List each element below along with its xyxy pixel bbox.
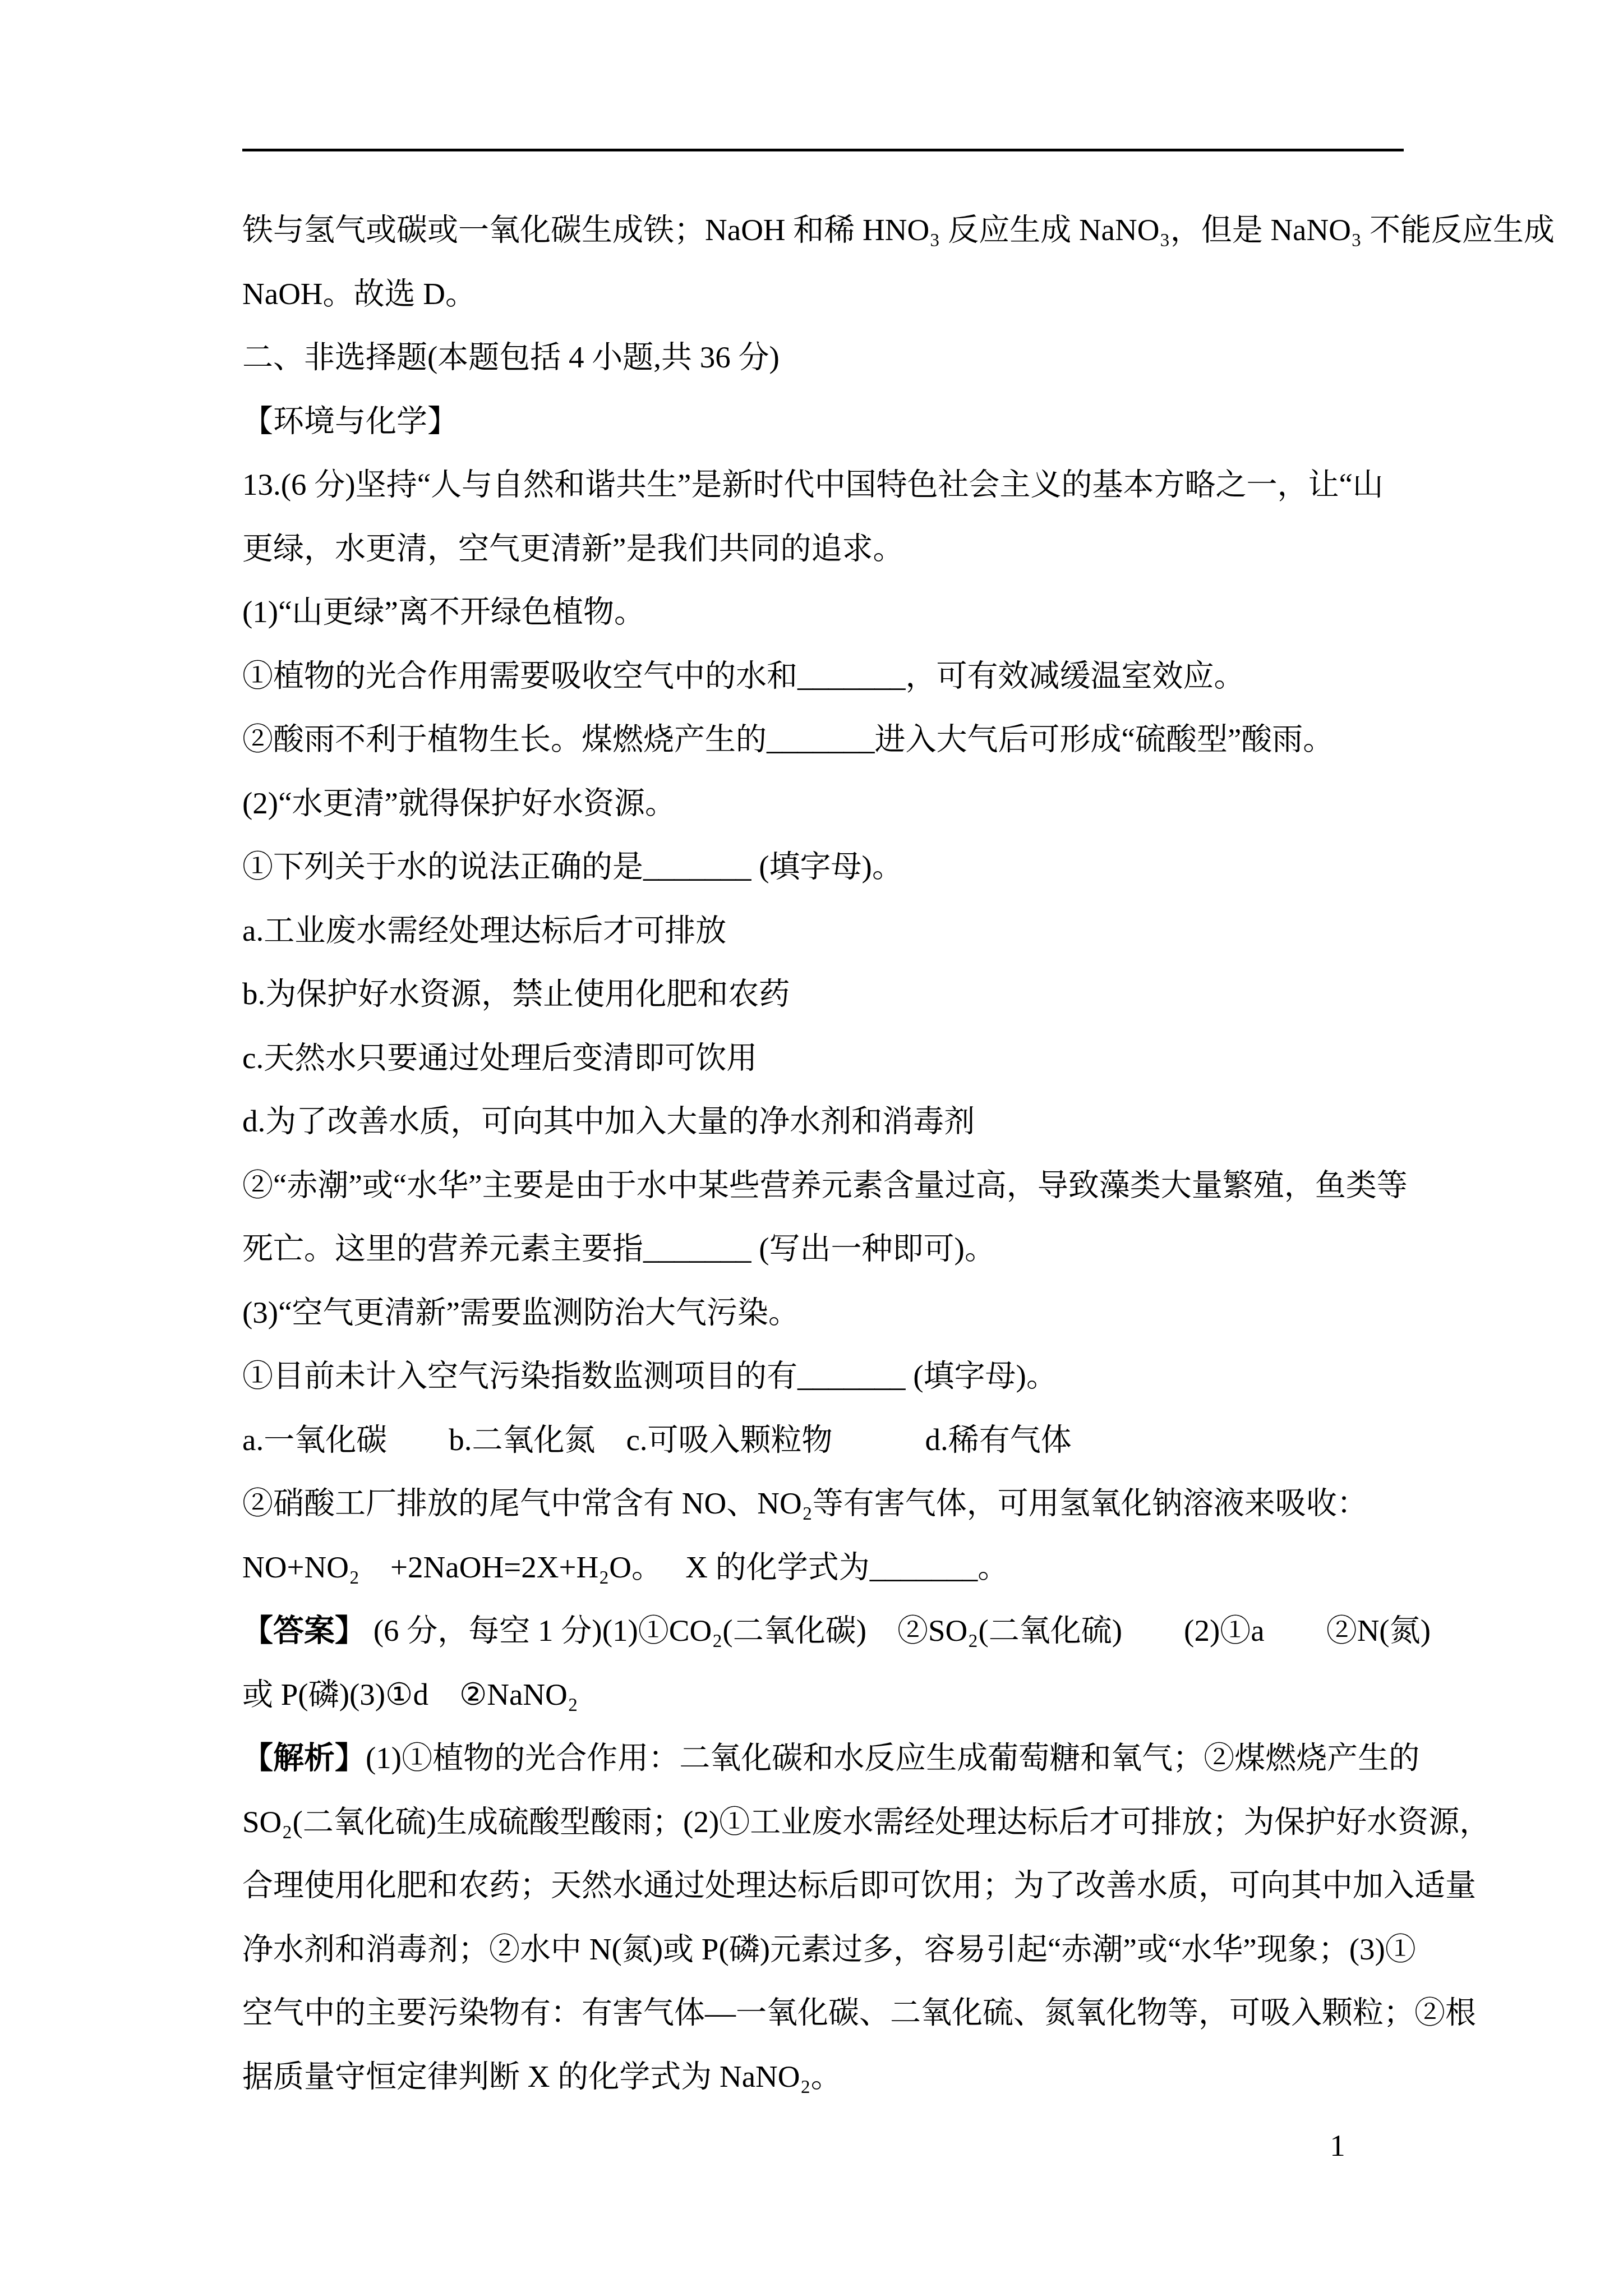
line-text: c.天然水只要通过处理后变清即可饮用 bbox=[242, 1041, 757, 1075]
document-page: 铁与氢气或碳或一氧化碳生成铁；NaOH 和稀 HNO₃ 反应生成 NaNO₃，但… bbox=[0, 0, 1623, 2296]
option-line: a.工业废水需经处理达标后才可排放 bbox=[242, 899, 1437, 963]
line-text: (2)“水更清”就得保护好水资源。 bbox=[242, 786, 676, 820]
analysis-line: SO₂(二氧化硫)生成硫酸型酸雨；(2)①工业废水需经处理达标后才可排放；为保护… bbox=[242, 1790, 1437, 1854]
line-text: ②酸雨不利于植物生长。煤燃烧产生的_______进入大气后可形成“硫酸型”酸雨。 bbox=[242, 722, 1334, 756]
line-text: ②硝酸工厂排放的尾气中常含有 NO、NO₂等有害气体，可用氢氧化钠溶液来吸收： bbox=[242, 1486, 1368, 1520]
line-text: a.一氧化碳 b.二氧化氮 c.可吸入颗粒物 d.稀有气体 bbox=[242, 1423, 1072, 1457]
fill-blank-line: ①植物的光合作用需要吸收空气中的水和_______，可有效减缓温室效应。 bbox=[242, 644, 1437, 708]
analysis-line: 空气中的主要污染物有：有害气体—一氧化碳、二氧化硫、氮氧化物等，可吸入颗粒；②根 bbox=[242, 1981, 1437, 2045]
text-line: (1)“山更绿”离不开绿色植物。 bbox=[242, 580, 1437, 644]
fill-blank-line: ①下列关于水的说法正确的是_______ (填字母)。 bbox=[242, 835, 1437, 899]
line-text: (1)“山更绿”离不开绿色植物。 bbox=[242, 595, 645, 629]
line-text: 死亡。这里的营养元素主要指_______ (写出一种即可)。 bbox=[242, 1231, 995, 1266]
line-text: ①下列关于水的说法正确的是_______ (填字母)。 bbox=[242, 849, 903, 884]
equation-line: NO+NO₂ +2NaOH=2X+H₂O。 X 的化学式为_______。 bbox=[242, 1535, 1437, 1599]
text-line: ②“赤潮”或“水华”主要是由于水中某些营养元素含量过高，导致藻类大量繁殖，鱼类等 bbox=[242, 1153, 1437, 1217]
line-text: (1)①植物的光合作用：二氧化碳和水反应生成葡萄糖和氧气；②煤燃烧产生的 bbox=[366, 1741, 1419, 1775]
analysis-line: 合理使用化肥和农药；天然水通过处理达标后即可饮用；为了改善水质，可向其中加入适量 bbox=[242, 1853, 1437, 1917]
text-line: NaOH。故选 D。 bbox=[242, 262, 1437, 326]
analysis-line: 【解析】(1)①植物的光合作用：二氧化碳和水反应生成葡萄糖和氧气；②煤燃烧产生的 bbox=[242, 1726, 1437, 1790]
line-text: d.为了改善水质，可向其中加入大量的净水剂和消毒剂 bbox=[242, 1104, 975, 1138]
text-line: (2)“水更清”就得保护好水资源。 bbox=[242, 771, 1437, 835]
fill-blank-line: ②酸雨不利于植物生长。煤燃烧产生的_______进入大气后可形成“硫酸型”酸雨。 bbox=[242, 707, 1437, 771]
option-line: d.为了改善水质，可向其中加入大量的净水剂和消毒剂 bbox=[242, 1089, 1437, 1153]
document-body: 铁与氢气或碳或一氧化碳生成铁；NaOH 和稀 HNO₃ 反应生成 NaNO₃，但… bbox=[242, 198, 1437, 2108]
line-text: ②“赤潮”或“水华”主要是由于水中某些营养元素含量过高，导致藻类大量繁殖，鱼类等 bbox=[242, 1168, 1408, 1202]
analysis-line: 据质量守恒定律判断 X 的化学式为 NaNO₂。 bbox=[242, 2045, 1437, 2109]
line-text: 净水剂和消毒剂；②水中 N(氮)或 P(磷)元素过多，容易引起“赤潮”或“水华”… bbox=[242, 1932, 1416, 1966]
text-line: (3)“空气更清新”需要监测防治大气污染。 bbox=[242, 1281, 1437, 1345]
analysis-line: 净水剂和消毒剂；②水中 N(氮)或 P(磷)元素过多，容易引起“赤潮”或“水华”… bbox=[242, 1917, 1437, 1981]
line-text: 更绿，水更清，空气更清新”是我们共同的追求。 bbox=[242, 531, 903, 565]
line-text: 13.(6 分)坚持“人与自然和谐共生”是新时代中国特色社会主义的基本方略之一，… bbox=[242, 467, 1384, 501]
text-line: 铁与氢气或碳或一氧化碳生成铁；NaOH 和稀 HNO₃ 反应生成 NaNO₃，但… bbox=[242, 198, 1437, 262]
fill-blank-line: 死亡。这里的营养元素主要指_______ (写出一种即可)。 bbox=[242, 1217, 1437, 1281]
option-line: c.天然水只要通过处理后变清即可饮用 bbox=[242, 1026, 1437, 1090]
line-text: 合理使用化肥和农药；天然水通过处理达标后即可饮用；为了改善水质，可向其中加入适量 bbox=[242, 1868, 1476, 1902]
line-text: 空气中的主要污染物有：有害气体—一氧化碳、二氧化硫、氮氧化物等，可吸入颗粒；②根 bbox=[242, 1995, 1476, 2030]
line-text: SO₂(二氧化硫)生成硫酸型酸雨；(2)①工业废水需经处理达标后才可排放；为保护… bbox=[242, 1805, 1490, 1839]
topic-heading: 【环境与化学】 bbox=[242, 389, 1437, 453]
question-line: 13.(6 分)坚持“人与自然和谐共生”是新时代中国特色社会主义的基本方略之一，… bbox=[242, 453, 1437, 517]
line-text: b.为保护好水资源，禁止使用化肥和农药 bbox=[242, 977, 790, 1011]
line-text: 二、非选择题(本题包括 4 小题,共 36 分) bbox=[242, 340, 780, 374]
line-text: 铁与氢气或碳或一氧化碳生成铁；NaOH 和稀 HNO₃ 反应生成 NaNO₃，但… bbox=[242, 213, 1555, 247]
section-heading: 二、非选择题(本题包括 4 小题,共 36 分) bbox=[242, 325, 1437, 389]
answer-line: 或 P(磷)(3)①d ②NaNO₂ bbox=[242, 1663, 1437, 1727]
answer-label: 【答案】 bbox=[242, 1613, 366, 1648]
text-line: 更绿，水更清，空气更清新”是我们共同的追求。 bbox=[242, 517, 1437, 581]
line-text: a.工业废水需经处理达标后才可排放 bbox=[242, 913, 726, 947]
header-rule bbox=[242, 149, 1404, 151]
fill-blank-line: ①目前未计入空气污染指数监测项目的有_______ (填字母)。 bbox=[242, 1344, 1437, 1408]
line-text: 【环境与化学】 bbox=[242, 404, 458, 438]
line-text: ①目前未计入空气污染指数监测项目的有_______ (填字母)。 bbox=[242, 1359, 1057, 1393]
line-text: (6 分，每空 1 分)(1)①CO₂(二氧化碳) ②SO₂(二氧化硫) (2)… bbox=[366, 1613, 1431, 1648]
option-line: a.一氧化碳 b.二氧化氮 c.可吸入颗粒物 d.稀有气体 bbox=[242, 1408, 1437, 1472]
line-text: 或 P(磷)(3)①d ②NaNO₂ bbox=[242, 1677, 578, 1711]
answer-line: 【答案】 (6 分，每空 1 分)(1)①CO₂(二氧化碳) ②SO₂(二氧化硫… bbox=[242, 1599, 1437, 1663]
text-line: ②硝酸工厂排放的尾气中常含有 NO、NO₂等有害气体，可用氢氧化钠溶液来吸收： bbox=[242, 1471, 1437, 1535]
option-line: b.为保护好水资源，禁止使用化肥和农药 bbox=[242, 962, 1437, 1026]
line-text: NaOH。故选 D。 bbox=[242, 277, 476, 311]
analysis-label: 【解析】 bbox=[242, 1741, 366, 1775]
line-text: (3)“空气更清新”需要监测防治大气污染。 bbox=[242, 1295, 799, 1329]
line-text: ①植物的光合作用需要吸收空气中的水和_______，可有效减缓温室效应。 bbox=[242, 659, 1245, 693]
line-text: NO+NO₂ +2NaOH=2X+H₂O。 X 的化学式为_______。 bbox=[242, 1550, 1008, 1584]
page-number: 1 bbox=[1312, 2114, 1363, 2178]
line-text: 据质量守恒定律判断 X 的化学式为 NaNO₂。 bbox=[242, 2059, 842, 2093]
